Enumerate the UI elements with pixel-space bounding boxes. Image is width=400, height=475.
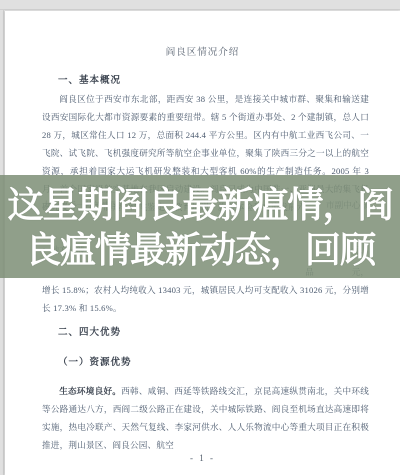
subsection-heading-resource-advantage: （一）资源优势 xyxy=(58,354,132,368)
paragraph-environment-lead: 生态环境良好。 xyxy=(59,386,121,396)
page-number: - 1 - xyxy=(5,453,400,463)
document-viewer: 阎良区情况介绍 一、基本概况 阎良区位于西安市东北部，距西安 38 公里，是连接… xyxy=(0,0,400,475)
document-title: 阎良区情况介绍 xyxy=(5,44,400,58)
headline-overlay-banner: 这星期阎良最新瘟情，阎 良瘟情最新动态，回顾 xyxy=(0,175,400,278)
section-heading-basic-overview: 一、基本概况 xyxy=(58,72,121,86)
headline-line-1: 这星期阎良最新瘟情，阎 xyxy=(7,182,392,227)
headline-line-2: 良瘟情最新动态，回顾 xyxy=(25,227,375,272)
viewer-top-margin xyxy=(0,0,400,10)
paragraph-environment: 生态环境良好。西韩、咸铜、西延等铁路线交汇，京昆高速纵贯南北，关中环线等公路通达… xyxy=(42,382,369,454)
section-heading-four-advantages: 二、四大优势 xyxy=(58,324,121,338)
paragraph-income-statistics: 增长 15.8%；农村人均纯收入 13403 元，城镇居民人均可支配收入 310… xyxy=(42,281,369,317)
